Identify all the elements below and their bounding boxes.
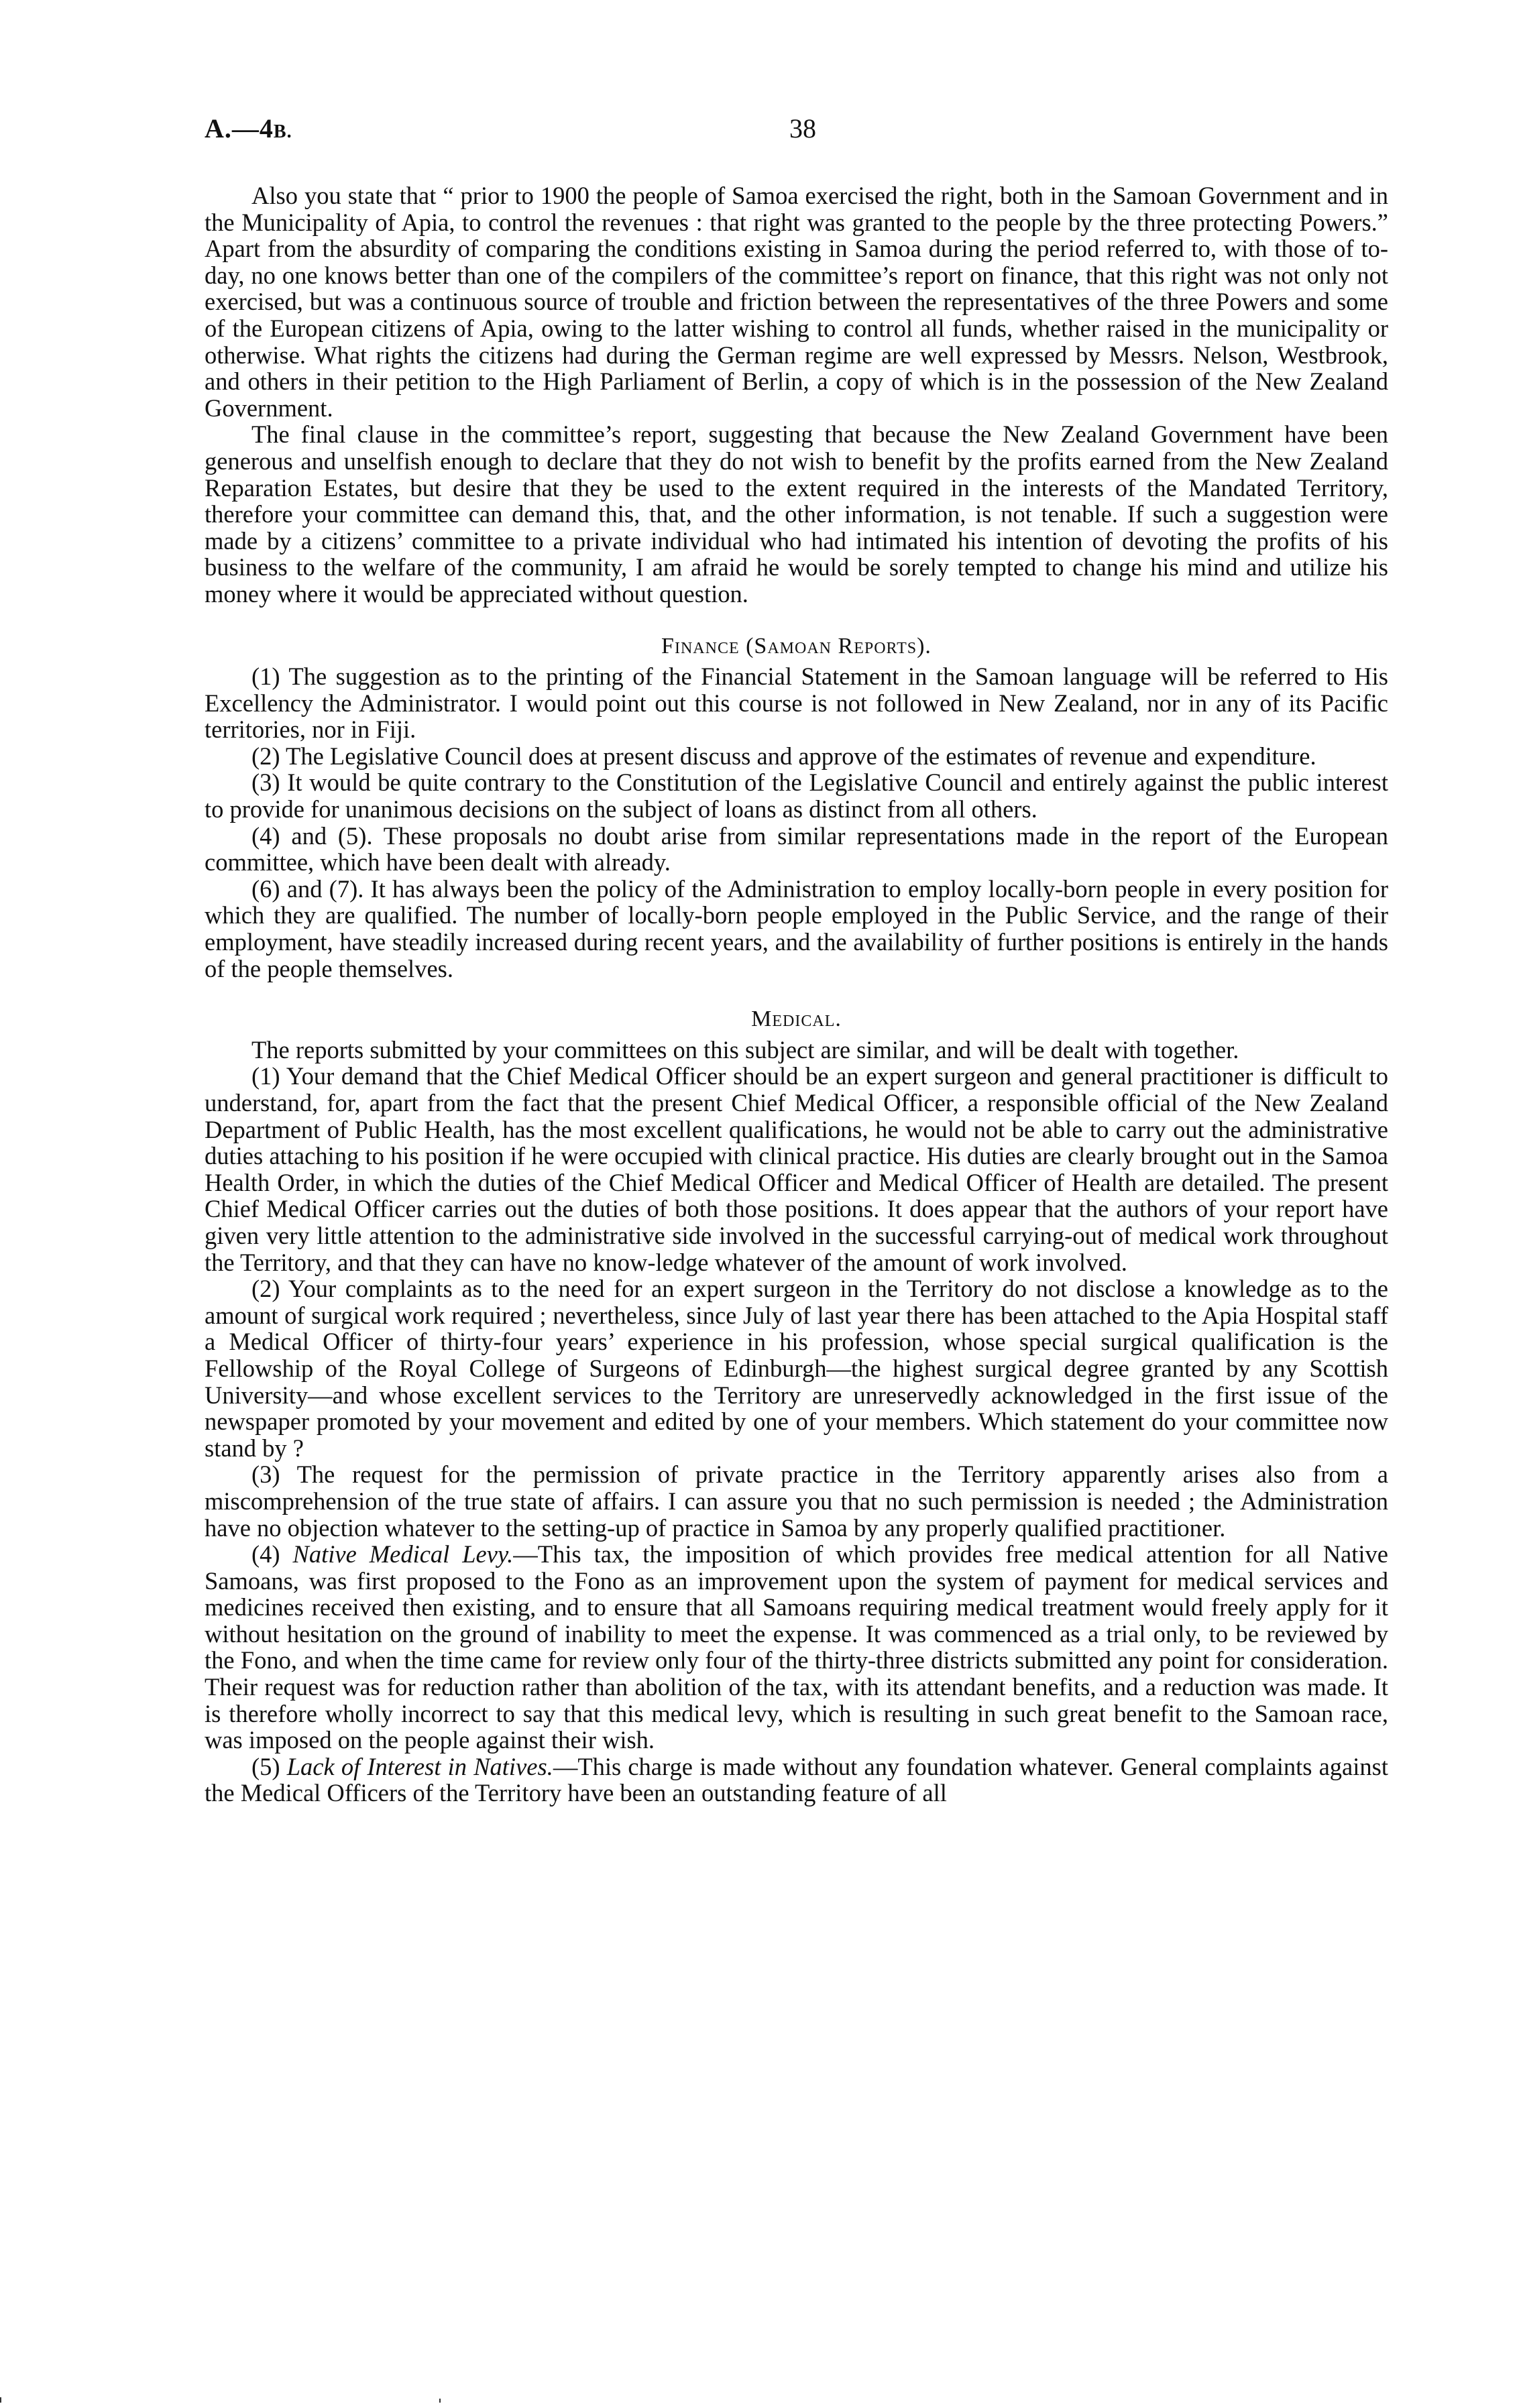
- medical-paragraph-5: (5) Lack of Interest in Natives.—This ch…: [205, 1754, 1388, 1807]
- finance-paragraph-1: (1) The suggestion as to the printing of…: [205, 663, 1388, 743]
- doc-ref-suffix: B.: [274, 121, 292, 142]
- page-number: 38: [789, 113, 816, 144]
- item-body: —This tax, the imposition of which provi…: [205, 1540, 1388, 1754]
- finance-paragraph-4-5: (4) and (5). These proposals no doubt ar…: [205, 823, 1388, 876]
- paragraph-prior-to-1900: Also you state that “ prior to 1900 the …: [205, 182, 1388, 421]
- item-title-lack-of-interest: Lack of Interest in Natives.: [287, 1753, 553, 1780]
- item-title-native-medical-levy: Native Medical Levy.: [293, 1540, 514, 1568]
- finance-paragraph-6-7: (6) and (7). It has always been the poli…: [205, 876, 1388, 982]
- scan-edge-mark: [0, 2397, 1, 2403]
- medical-paragraph-2: (2) Your complaints as to the need for a…: [205, 1275, 1388, 1461]
- section-heading-medical: Medical.: [205, 1006, 1388, 1033]
- doc-ref-prefix: A.—4: [205, 113, 274, 144]
- paragraph-final-clause: The final clause in the committee’s repo…: [205, 421, 1388, 607]
- page-header: A.—4B. 38: [205, 113, 1388, 146]
- document-body: Also you state that “ prior to 1900 the …: [205, 182, 1388, 1807]
- medical-paragraph-3: (3) The request for the permission of pr…: [205, 1461, 1388, 1541]
- item-number: (4): [251, 1540, 280, 1568]
- finance-paragraph-2: (2) The Legislative Council does at pres…: [205, 743, 1388, 770]
- item-number: (5): [251, 1753, 280, 1780]
- finance-paragraph-3: (3) It would be quite contrary to the Co…: [205, 769, 1388, 822]
- medical-intro: The reports submitted by your committees…: [205, 1037, 1388, 1064]
- medical-paragraph-4: (4) Native Medical Levy.—This tax, the i…: [205, 1541, 1388, 1754]
- document-reference: A.—4B.: [205, 113, 292, 144]
- section-heading-finance: Finance (Samoan Reports).: [205, 633, 1388, 660]
- medical-paragraph-1: (1) Your demand that the Chief Medical O…: [205, 1063, 1388, 1275]
- scan-speck: [439, 2399, 441, 2403]
